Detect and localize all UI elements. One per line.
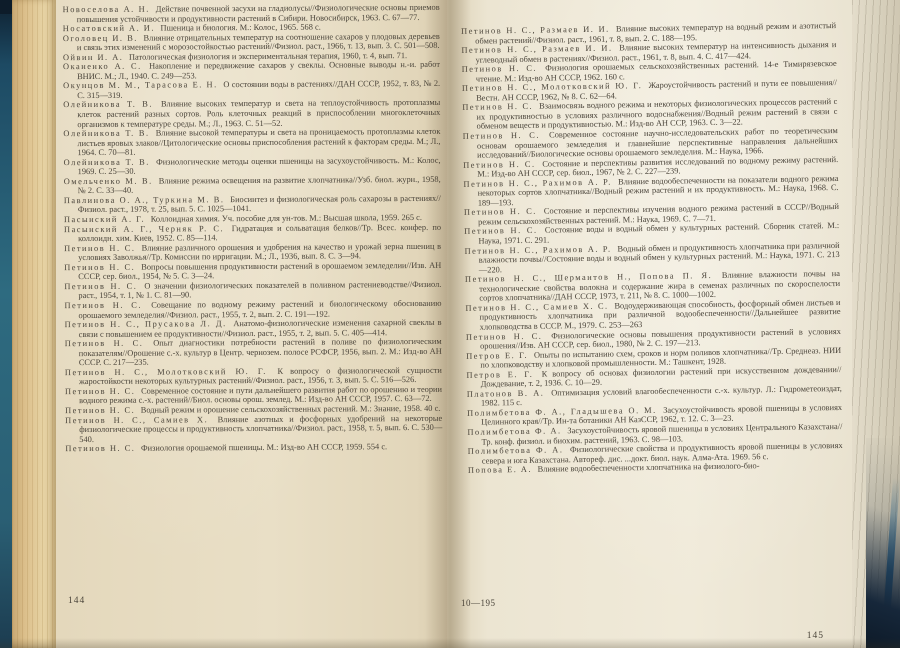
entry-author: Петинов Н. С. — [462, 102, 537, 112]
entry-author: Платонов В. А. — [467, 388, 549, 398]
bibliography-entry: Окунцов М. М., Тарасова Е. Н. О состояни… — [63, 79, 440, 100]
entry-author: Петинов Н. С. — [464, 226, 543, 236]
entry-author: Олейникова Т. В. — [64, 157, 155, 167]
entry-author: Петинов Н. С., Прусакова Л. Д. — [65, 319, 232, 329]
entry-author: Петинов Н. С. — [65, 387, 139, 396]
entry-author: Петинов Н. С. — [64, 243, 140, 252]
bibliography-entry: Петинов Н. С. О значении физиологических… — [64, 280, 441, 301]
book-cover-edge-left — [0, 0, 12, 648]
left-page: Новоселова А. Н. Действие почвенной засу… — [56, 0, 447, 648]
bibliography-entry: Омельченко М. В. Влияние режима освещени… — [64, 175, 441, 196]
bibliography-entry: Петинов Н. С. Совещание по водному режим… — [64, 299, 441, 320]
entry-text: Пшеница и биология. М.: Колос, 1965. 568… — [160, 23, 320, 33]
entry-author: Окунцов М. М., Тарасова Е. Н. — [63, 81, 221, 91]
entry-author: Петров Е. Г. — [466, 369, 539, 379]
entry-author: Пасынский А. Г. — [64, 215, 149, 225]
entry-author: Петинов Н. С., Молотковский Ю. Г. — [65, 367, 276, 377]
bibliography-entry: Пасынский А. Г., Черняк Р. С. Гидратация… — [64, 222, 441, 243]
entry-author: Петинов Н. С. — [64, 301, 149, 311]
entry-author: Петинов Н. С. — [65, 339, 152, 349]
bibliography-entry: Петинов Н. С., Молотковский Ю. Г. К вопр… — [65, 366, 442, 387]
fore-edge-corner-dark — [866, 438, 900, 648]
entry-author: Олейникова Т. В. — [63, 100, 159, 110]
bibliography-entry: Петинов Н. С. Физиология орошаемой пшени… — [65, 442, 442, 454]
entry-author: Петинов Н. С. — [65, 406, 139, 415]
entry-author: Петинов Н. С. — [65, 444, 139, 453]
left-page-text: Новоселова А. Н. Действие почвенной засу… — [63, 3, 443, 454]
entry-author: Омельченко М. В. — [64, 176, 157, 186]
bibliography-entry: Олейникова Т. В. Влияние высокой темпера… — [63, 127, 440, 158]
right-page-text: Петинов Н. С., Размаев И. И. Влияние выс… — [461, 21, 843, 476]
bibliography-entry: Петинов Н. С. Влияние различного орошени… — [64, 242, 441, 263]
bibliography-entry: Новоселова А. Н. Действие почвенной засу… — [63, 3, 440, 24]
entry-author: Петинов Н. С. — [463, 159, 540, 169]
entry-author: Петинов Н. С. — [64, 282, 142, 291]
bibliography-entry: Оканенко А. С. Накопление и передвижение… — [63, 60, 440, 81]
bibliography-entry: Петинов Н. С. Опыт диагностики потребнос… — [65, 337, 442, 368]
entry-author: Оголовец И. В. — [63, 33, 142, 42]
page-stack-edge-left — [12, 0, 56, 648]
entry-author: Ойвин И. А. — [63, 52, 127, 61]
bibliography-entry: Петинов Н. С., Самиев Х. Влияние азотных… — [65, 413, 442, 444]
entry-author: Попова Е. А. — [468, 465, 536, 475]
bibliography-entry: Петинов Н. С. Вопросы повышения продукти… — [64, 261, 441, 282]
entry-author: Новоселова А. Н. — [63, 5, 154, 15]
entry-author: Петров Е. Г. — [466, 350, 532, 360]
entry-author: Павлинова О. А., Туркина М. В. — [64, 195, 228, 205]
entry-author: Олейникова Т. В. — [63, 129, 153, 139]
left-page-number: 144 — [68, 596, 85, 606]
entry-author: Пасынский А. Г., Черняк Р. С. — [64, 224, 230, 234]
entry-author: Носатовский А. И. — [63, 24, 159, 34]
bibliography-entry: Оголовец И. В. Влияние отрицательных тем… — [63, 31, 440, 52]
entry-author: Петинов Н. С. — [464, 207, 542, 217]
bibliography-entry: Павлинова О. А., Туркина М. В. Биосинтез… — [64, 194, 441, 215]
bibliography-entry: Олейникова Т. В. Физиологические методы … — [64, 156, 441, 177]
bibliography-entry: Петинов Н. С., Прусакова Л. Д. Анатомо-ф… — [65, 318, 442, 339]
entry-author: Оканенко А. С. — [63, 62, 147, 72]
bibliography-entry: Олейникова Т. В. Влияние высоких темпера… — [63, 98, 440, 129]
printer-signature-mark: 10—195 — [461, 598, 496, 608]
right-page: Петинов Н. С., Размаев И. И. Влияние выс… — [447, 0, 852, 648]
entry-author: Петинов Н. С. — [64, 262, 139, 271]
entry-text: Физиология орошаемой пшеницы. М.: Изд-во… — [141, 442, 387, 453]
bibliography-entry: Петинов Н. С. Современное состояние и пу… — [65, 385, 442, 406]
entry-author: Петинов Н. С., Самиев Х. — [65, 415, 215, 425]
book-spread: Новоселова А. Н. Действие почвенной засу… — [0, 0, 900, 648]
bottom-edge-shadow — [0, 638, 900, 648]
